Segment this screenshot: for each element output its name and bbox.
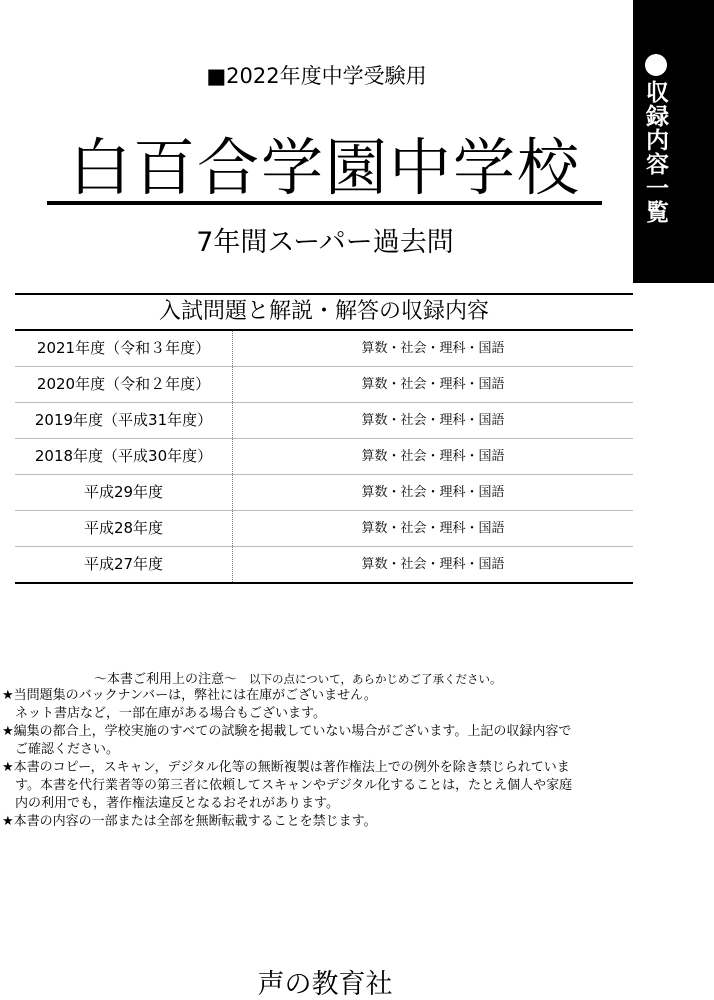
table-row: 2020年度（令和２年度） 算数・社会・理科・国語 <box>15 367 633 403</box>
year-cell: 2020年度（令和２年度） <box>15 367 233 402</box>
subjects-cell: 算数・社会・理科・国語 <box>233 511 633 546</box>
subjects-cell: 算数・社会・理科・国語 <box>233 367 633 402</box>
table-title: 入試問題と解説・解答の収録内容 <box>15 295 633 329</box>
usage-notice-list: ★当問題集のバックナンバーは，弊社には在庫がございません。 ネット書店など，一部… <box>2 687 622 831</box>
bullet-circle-icon <box>645 54 667 76</box>
year-cell: 平成29年度 <box>15 475 233 510</box>
table-row: 2021年度（令和３年度） 算数・社会・理科・国語 <box>15 331 633 367</box>
subjects-cell: 算数・社会・理科・国語 <box>233 547 633 582</box>
notice-item: ★本書のコピー，スキャン，デジタル化等の無断複製は著作権法上での例外を除き禁じら… <box>2 759 622 813</box>
notice-item: ★当問題集のバックナンバーは，弊社には在庫がございません。 ネット書店など，一部… <box>2 687 622 723</box>
book-subtitle: 7年間スーパー過去問 <box>0 220 650 259</box>
usage-notice-heading: ～本書ご利用上の注意～以下の点について，あらかじめご了承ください。 <box>94 668 502 687</box>
title-divider <box>47 201 602 205</box>
contents-table: 入試問題と解説・解答の収録内容 2021年度（令和３年度） 算数・社会・理科・国… <box>15 293 633 584</box>
subjects-cell: 算数・社会・理科・国語 <box>233 403 633 438</box>
school-name-title: 白百合学園中学校 <box>0 118 650 207</box>
notice-item: ★編集の都合上，学校実施のすべての試験を掲載していない場合がございます。上記の収… <box>2 723 622 759</box>
table-row: 平成27年度 算数・社会・理科・国語 <box>15 547 633 584</box>
year-cell: 平成27年度 <box>15 547 233 582</box>
subjects-cell: 算数・社会・理科・国語 <box>233 475 633 510</box>
subjects-cell: 算数・社会・理科・国語 <box>233 331 633 366</box>
year-cell: 2021年度（令和３年度） <box>15 331 233 366</box>
table-row: 平成29年度 算数・社会・理科・国語 <box>15 475 633 511</box>
year-cell: 2018年度（平成30年度） <box>15 439 233 474</box>
publisher-name: 声の教育社 <box>0 962 650 1000</box>
year-cell: 2019年度（平成31年度） <box>15 403 233 438</box>
table-row: 2018年度（平成30年度） 算数・社会・理科・国語 <box>15 439 633 475</box>
subjects-cell: 算数・社会・理科・国語 <box>233 439 633 474</box>
notice-item: ★本書の内容の一部または全部を無断転載することを禁じます。 <box>2 813 622 831</box>
table-row: 平成28年度 算数・社会・理科・国語 <box>15 511 633 547</box>
year-cell: 平成28年度 <box>15 511 233 546</box>
exam-year-label: ■2022年度中学受験用 <box>0 60 633 90</box>
table-row: 2019年度（平成31年度） 算数・社会・理科・国語 <box>15 403 633 439</box>
notice-subtitle: 以下の点について，あらかじめご了承ください。 <box>249 672 502 686</box>
notice-title: ～本書ご利用上の注意～ <box>94 672 237 687</box>
